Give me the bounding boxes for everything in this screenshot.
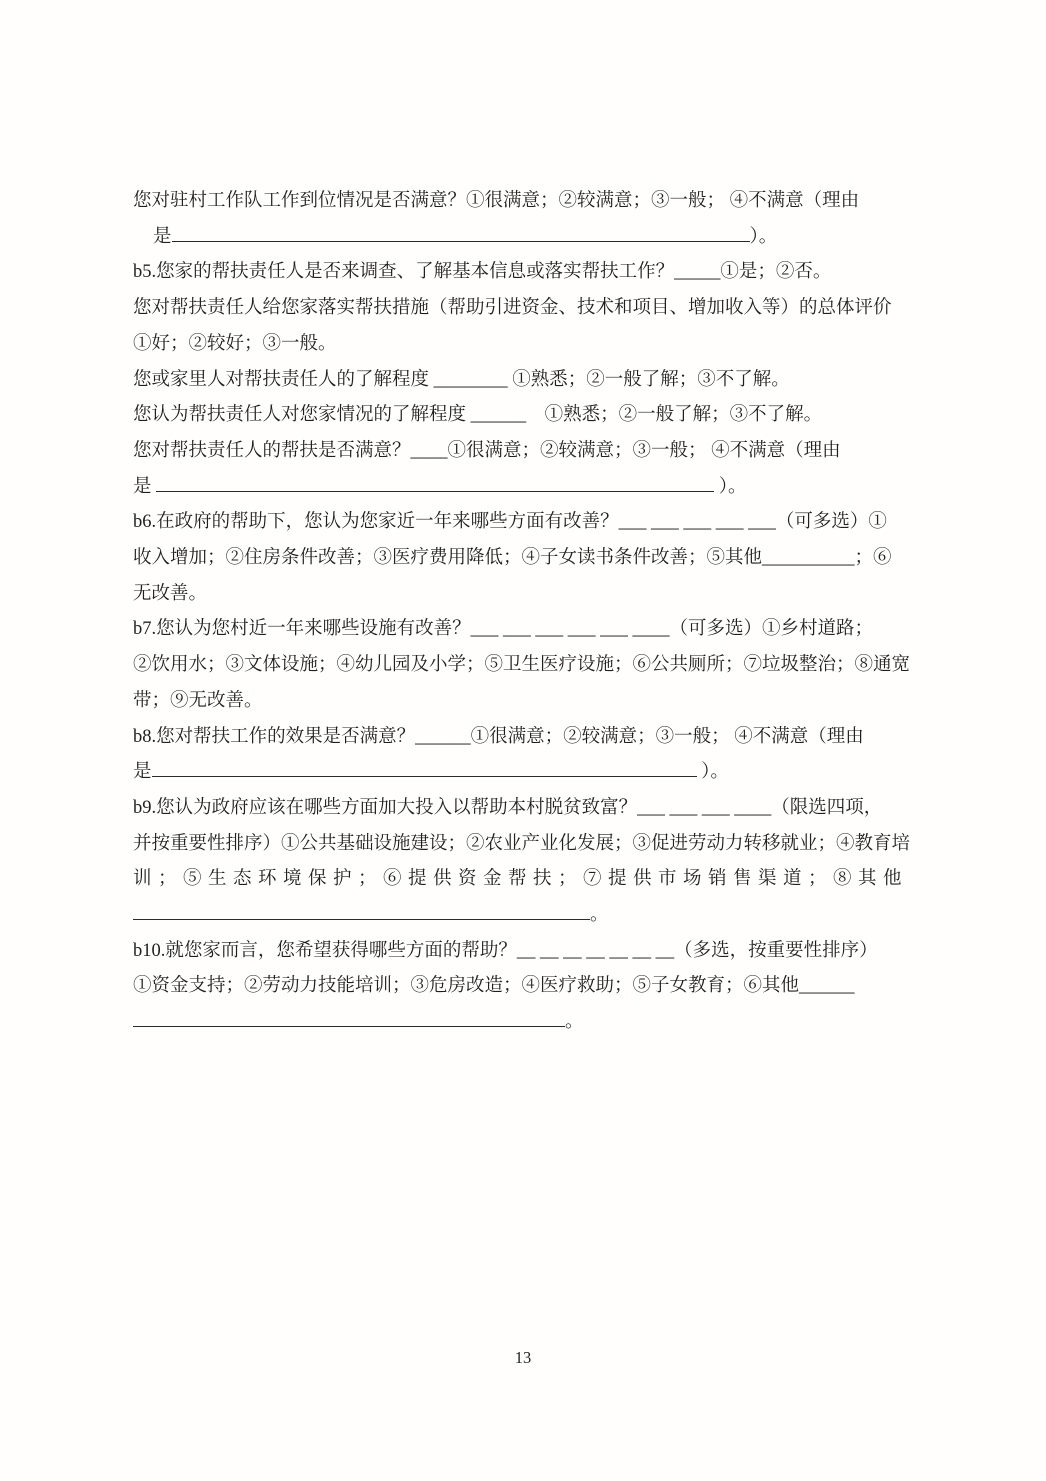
fill-line-prefix: 是	[133, 477, 156, 497]
doc-line-23: ①资金支持；②劳动力技能培训；③危房改造；④医疗救助；⑤子女教育；⑥其他____…	[133, 969, 917, 1005]
fill-in-blank	[133, 902, 590, 921]
doc-line-11: 收入增加；②住房条件改善；③医疗费用降低；④子女读书条件改善；⑤其他______…	[133, 541, 917, 577]
question-b9-line: b9.您认为政府应该在哪些方面加大投入以帮助本村脱贫致富？___ ___ ___…	[133, 791, 917, 827]
doc-line-21-fill: 。	[133, 898, 917, 934]
doc-line-15: 带；⑨无改善。	[133, 684, 917, 720]
fill-line-suffix: 。	[590, 905, 609, 925]
question-b7-line: b7.您认为您村近一年来哪些设施有改善？___ ___ ___ ___ ___ …	[133, 612, 917, 648]
page-number: 13	[0, 1348, 1046, 1368]
fill-line-suffix: ）。	[714, 477, 746, 497]
questionnaire-page: 您对驻村工作队工作到位情况是否满意？①很满意；②较满意；③一般； ④不满意（理由…	[0, 0, 1046, 1481]
fill-in-blank	[156, 473, 714, 492]
fill-in-blank	[152, 759, 697, 778]
question-b5-line: b5.您家的帮扶责任人是否来调查、了解基本信息或落实帮扶工作？_____①是；②…	[133, 255, 917, 291]
question-b10-line: b10.就您家而言，您希望获得哪些方面的帮助？__ __ __ __ __ __…	[133, 934, 917, 970]
doc-line-01: 您对驻村工作队工作到位情况是否满意？①很满意；②较满意；③一般； ④不满意（理由	[133, 184, 917, 220]
fill-line-prefix: 是	[133, 762, 152, 782]
fill-line-suffix: 。	[565, 1012, 584, 1032]
doc-line-07: 您认为帮扶责任人对您家情况的了解程度 ______ ①熟悉；②一般了解；③不了解…	[133, 398, 917, 434]
fill-line-suffix: ）。	[697, 762, 729, 782]
doc-line-24-fill: 。	[133, 1005, 917, 1041]
doc-line-05: ①好；②较好；③一般。	[133, 327, 917, 363]
doc-line-09-fill: 是 ）。	[133, 470, 917, 506]
question-b8-line: b8.您对帮扶工作的效果是否满意？______①很满意；②较满意；③一般； ④不…	[133, 720, 917, 756]
doc-line-14: ②饮用水；③文体设施；④幼儿园及小学；⑤卫生医疗设施；⑥公共厕所；⑦垃圾整治；⑧…	[133, 648, 917, 684]
doc-line-04: 您对帮扶责任人给您家落实帮扶措施（帮助引进资金、技术和项目、增加收入等）的总体评…	[133, 291, 917, 327]
doc-line-06: 您或家里人对帮扶责任人的了解程度 ________ ①熟悉；②一般了解；③不了解…	[133, 363, 917, 399]
question-b6-line: b6.在政府的帮助下，您认为您家近一年来哪些方面有改善？___ ___ ___ …	[133, 505, 917, 541]
page-content: 您对驻村工作队工作到位情况是否满意？①很满意；②较满意；③一般； ④不满意（理由…	[133, 184, 917, 1041]
doc-line-02-fill: 是）。	[133, 220, 917, 256]
doc-line-19: 并按重要性排序）①公共基础设施建设；②农业产业化发展；③促进劳动力转移就业；④教…	[133, 827, 917, 863]
doc-line-17-fill: 是 ）。	[133, 755, 917, 791]
fill-line-prefix: 是	[153, 227, 172, 247]
doc-line-12: 无改善。	[133, 577, 917, 613]
fill-in-blank	[133, 1009, 565, 1028]
doc-line-08: 您对帮扶责任人的帮扶是否满意？____①很满意；②较满意；③一般； ④不满意（理…	[133, 434, 917, 470]
fill-line-suffix: ）。	[750, 227, 778, 247]
fill-in-blank	[172, 223, 750, 242]
doc-line-20: 训；⑤生态环境保护；⑥提供资金帮扶；⑦提供市场销售渠道；⑧其他	[133, 862, 917, 898]
